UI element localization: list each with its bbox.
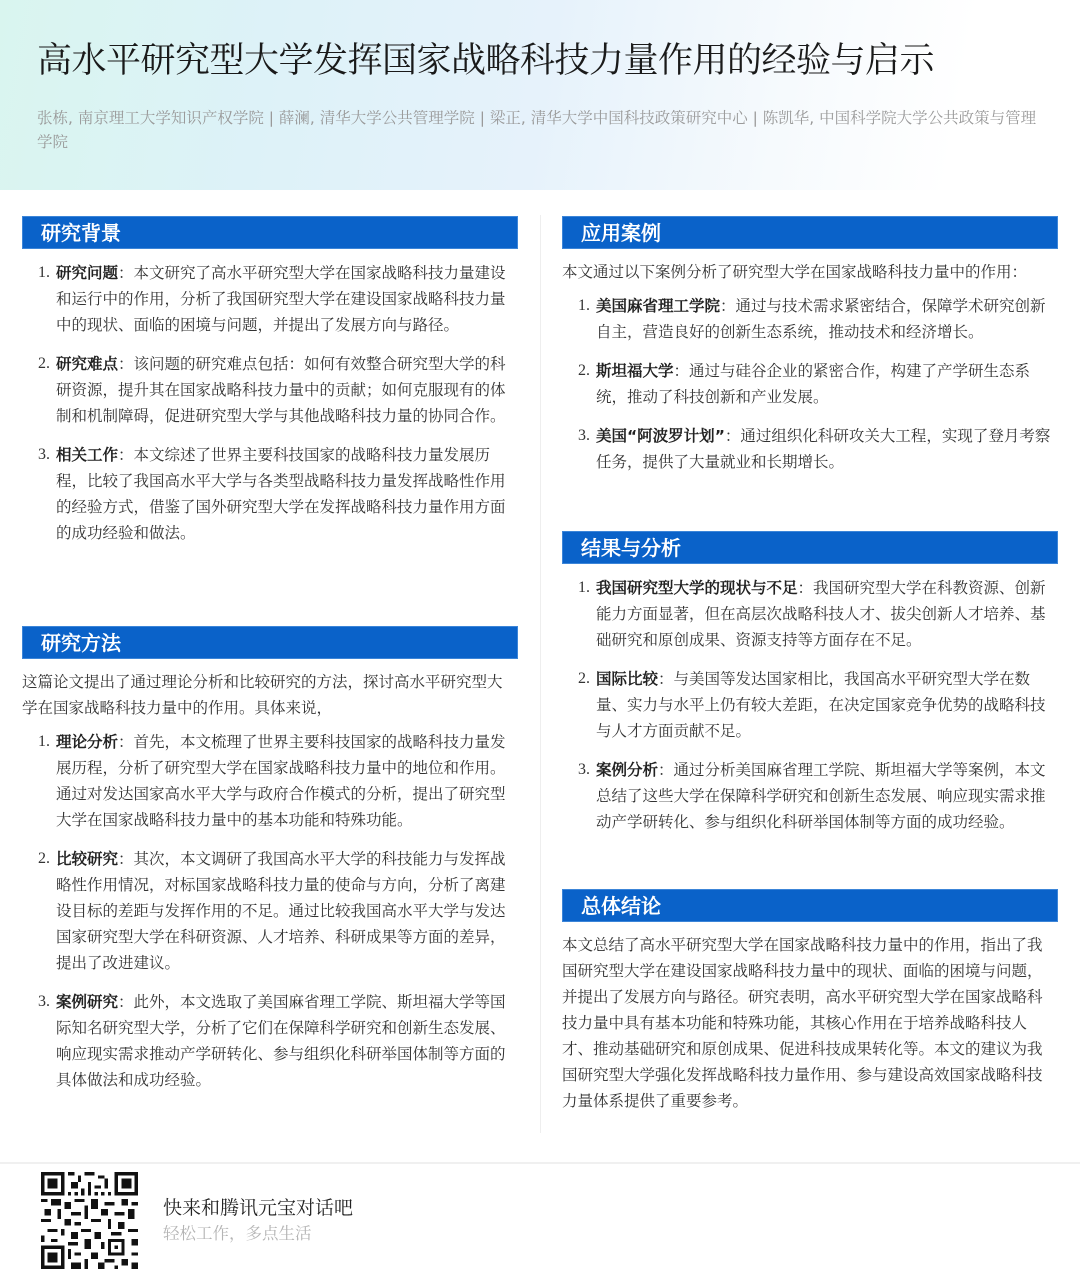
list-item: 2.研究难点：该问题的研究难点包括：如何有效整合研究型大学的科研资源，提升其在国… xyxy=(22,351,518,429)
item-term: 案例研究 xyxy=(56,993,118,1011)
item-text: ：其次，本文调研了我国高水平大学的科技能力与发挥战略性作用情况，对标国家战略科技… xyxy=(56,850,506,972)
list-item: 1.研究问题：本文研究了高水平研究型大学在国家战略科技力量建设和运行中的作用，分… xyxy=(22,260,518,338)
cases-intro: 本文通过以下案例分析了研究型大学在国家战略科技力量中的作用： xyxy=(562,259,1058,285)
item-number: 3. xyxy=(38,442,50,468)
item-text: ：本文综述了世界主要科技国家的战略科技力量发展历程，比较了我国高水平大学与各类型… xyxy=(56,446,506,542)
list-item: 1.理论分析：首先，本文梳理了世界主要科技国家的战略科技力量发展历程，分析了研究… xyxy=(22,729,518,833)
section-background: 研究背景 1.研究问题：本文研究了高水平研究型大学在国家战略科技力量建设和运行中… xyxy=(22,216,518,559)
item-text: ：首先，本文梳理了世界主要科技国家的战略科技力量发展历程，分析了研究型大学在国家… xyxy=(56,733,506,829)
item-number: 2. xyxy=(38,846,50,872)
method-list: 1.理论分析：首先，本文梳理了世界主要科技国家的战略科技力量发展历程，分析了研究… xyxy=(22,729,518,1093)
item-term: 理论分析 xyxy=(56,733,118,751)
footer-divider xyxy=(0,1162,1080,1164)
results-list: 1.我国研究型大学的现状与不足：我国研究型大学在科教资源、创新能力方面显著，但在… xyxy=(562,575,1058,835)
footer-subtitle: 轻松工作，多点生活 xyxy=(163,1222,312,1246)
background-list: 1.研究问题：本文研究了高水平研究型大学在国家战略科技力量建设和运行中的作用，分… xyxy=(22,260,518,546)
item-number: 2. xyxy=(38,351,50,377)
item-number: 3. xyxy=(578,757,590,783)
qr-code-icon[interactable] xyxy=(41,1172,138,1269)
section-header-cases: 应用案例 xyxy=(562,216,1058,249)
item-number: 1. xyxy=(38,729,50,755)
list-item: 3.相关工作：本文综述了世界主要科技国家的战略科技力量发展历程，比较了我国高水平… xyxy=(22,442,518,546)
list-item: 1.我国研究型大学的现状与不足：我国研究型大学在科教资源、创新能力方面显著，但在… xyxy=(562,575,1058,653)
list-item: 3.案例分析：通过分析美国麻省理工学院、斯坦福大学等案例，本文总结了这些大学在保… xyxy=(562,757,1058,835)
list-item: 3.美国“阿波罗计划”：通过组织化科研攻关大工程，实现了登月考察任务，提供了大量… xyxy=(562,423,1058,475)
column-divider xyxy=(540,215,541,1133)
item-term: 美国“阿波罗计划” xyxy=(596,427,725,445)
list-item: 1.美国麻省理工学院：通过与技术需求紧密结合，保障学术研究创新自主，营造良好的创… xyxy=(562,293,1058,345)
item-text: ：该问题的研究难点包括：如何有效整合研究型大学的科研资源，提升其在国家战略科技力… xyxy=(56,355,506,425)
list-item: 2.斯坦福大学：通过与硅谷企业的紧密合作，构建了产学研生态系统，推动了科技创新和… xyxy=(562,358,1058,410)
section-cases: 应用案例 本文通过以下案例分析了研究型大学在国家战略科技力量中的作用： 1.美国… xyxy=(562,216,1058,488)
section-method: 研究方法 这篇论文提出了通过理论分析和比较研究的方法，探讨高水平研究型大学在国家… xyxy=(22,626,518,1106)
conclusion-text: 本文总结了高水平研究型大学在国家战略科技力量中的作用，指出了我国研究型大学在建设… xyxy=(562,932,1058,1114)
section-header-results: 结果与分析 xyxy=(562,531,1058,564)
item-term: 我国研究型大学的现状与不足 xyxy=(596,579,798,597)
section-results: 结果与分析 1.我国研究型大学的现状与不足：我国研究型大学在科教资源、创新能力方… xyxy=(562,531,1058,848)
item-number: 3. xyxy=(578,423,590,449)
item-term: 相关工作 xyxy=(56,446,118,464)
item-term: 国际比较 xyxy=(596,670,658,688)
item-term: 研究问题 xyxy=(56,264,118,282)
item-text: ：本文研究了高水平研究型大学在国家战略科技力量建设和运行中的作用，分析了我国研究… xyxy=(56,264,506,334)
header-banner: 高水平研究型大学发挥国家战略科技力量作用的经验与启示 张栋, 南京理工大学知识产… xyxy=(0,0,1080,190)
list-item: 2.比较研究：其次，本文调研了我国高水平大学的科技能力与发挥战略性作用情况，对标… xyxy=(22,846,518,976)
cases-list: 1.美国麻省理工学院：通过与技术需求紧密结合，保障学术研究创新自主，营造良好的创… xyxy=(562,293,1058,475)
item-number: 2. xyxy=(578,666,590,692)
item-term: 美国麻省理工学院 xyxy=(596,297,720,315)
item-number: 1. xyxy=(578,575,590,601)
section-header-method: 研究方法 xyxy=(22,626,518,659)
item-text: ：通过分析美国麻省理工学院、斯坦福大学等案例，本文总结了这些大学在保障科学研究和… xyxy=(596,761,1046,831)
method-intro: 这篇论文提出了通过理论分析和比较研究的方法，探讨高水平研究型大学在国家战略科技力… xyxy=(22,669,518,721)
page-title: 高水平研究型大学发挥国家战略科技力量作用的经验与启示 xyxy=(37,38,1057,84)
authors-line: 张栋, 南京理工大学知识产权学院 | 薛澜, 清华大学公共管理学院 | 梁正, … xyxy=(37,106,1047,154)
list-item: 2.国际比较：与美国等发达国家相比，我国高水平研究型大学在数量、实力与水平上仍有… xyxy=(562,666,1058,744)
item-term: 案例分析 xyxy=(596,761,658,779)
item-term: 斯坦福大学 xyxy=(596,362,674,380)
item-number: 1. xyxy=(578,293,590,319)
item-number: 1. xyxy=(38,260,50,286)
section-header-conclusion: 总体结论 xyxy=(562,889,1058,922)
item-text: ：与美国等发达国家相比，我国高水平研究型大学在数量、实力与水平上仍有较大差距，在… xyxy=(596,670,1046,740)
section-header-background: 研究背景 xyxy=(22,216,518,249)
item-term: 比较研究 xyxy=(56,850,118,868)
footer-title: 快来和腾讯元宝对话吧 xyxy=(163,1195,353,1221)
list-item: 3.案例研究：此外，本文选取了美国麻省理工学院、斯坦福大学等国际知名研究型大学，… xyxy=(22,989,518,1093)
item-number: 3. xyxy=(38,989,50,1015)
section-conclusion: 总体结论 本文总结了高水平研究型大学在国家战略科技力量中的作用，指出了我国研究型… xyxy=(562,889,1058,1114)
item-number: 2. xyxy=(578,358,590,384)
item-text: ：此外，本文选取了美国麻省理工学院、斯坦福大学等国际知名研究型大学，分析了它们在… xyxy=(56,993,506,1089)
item-term: 研究难点 xyxy=(56,355,118,373)
